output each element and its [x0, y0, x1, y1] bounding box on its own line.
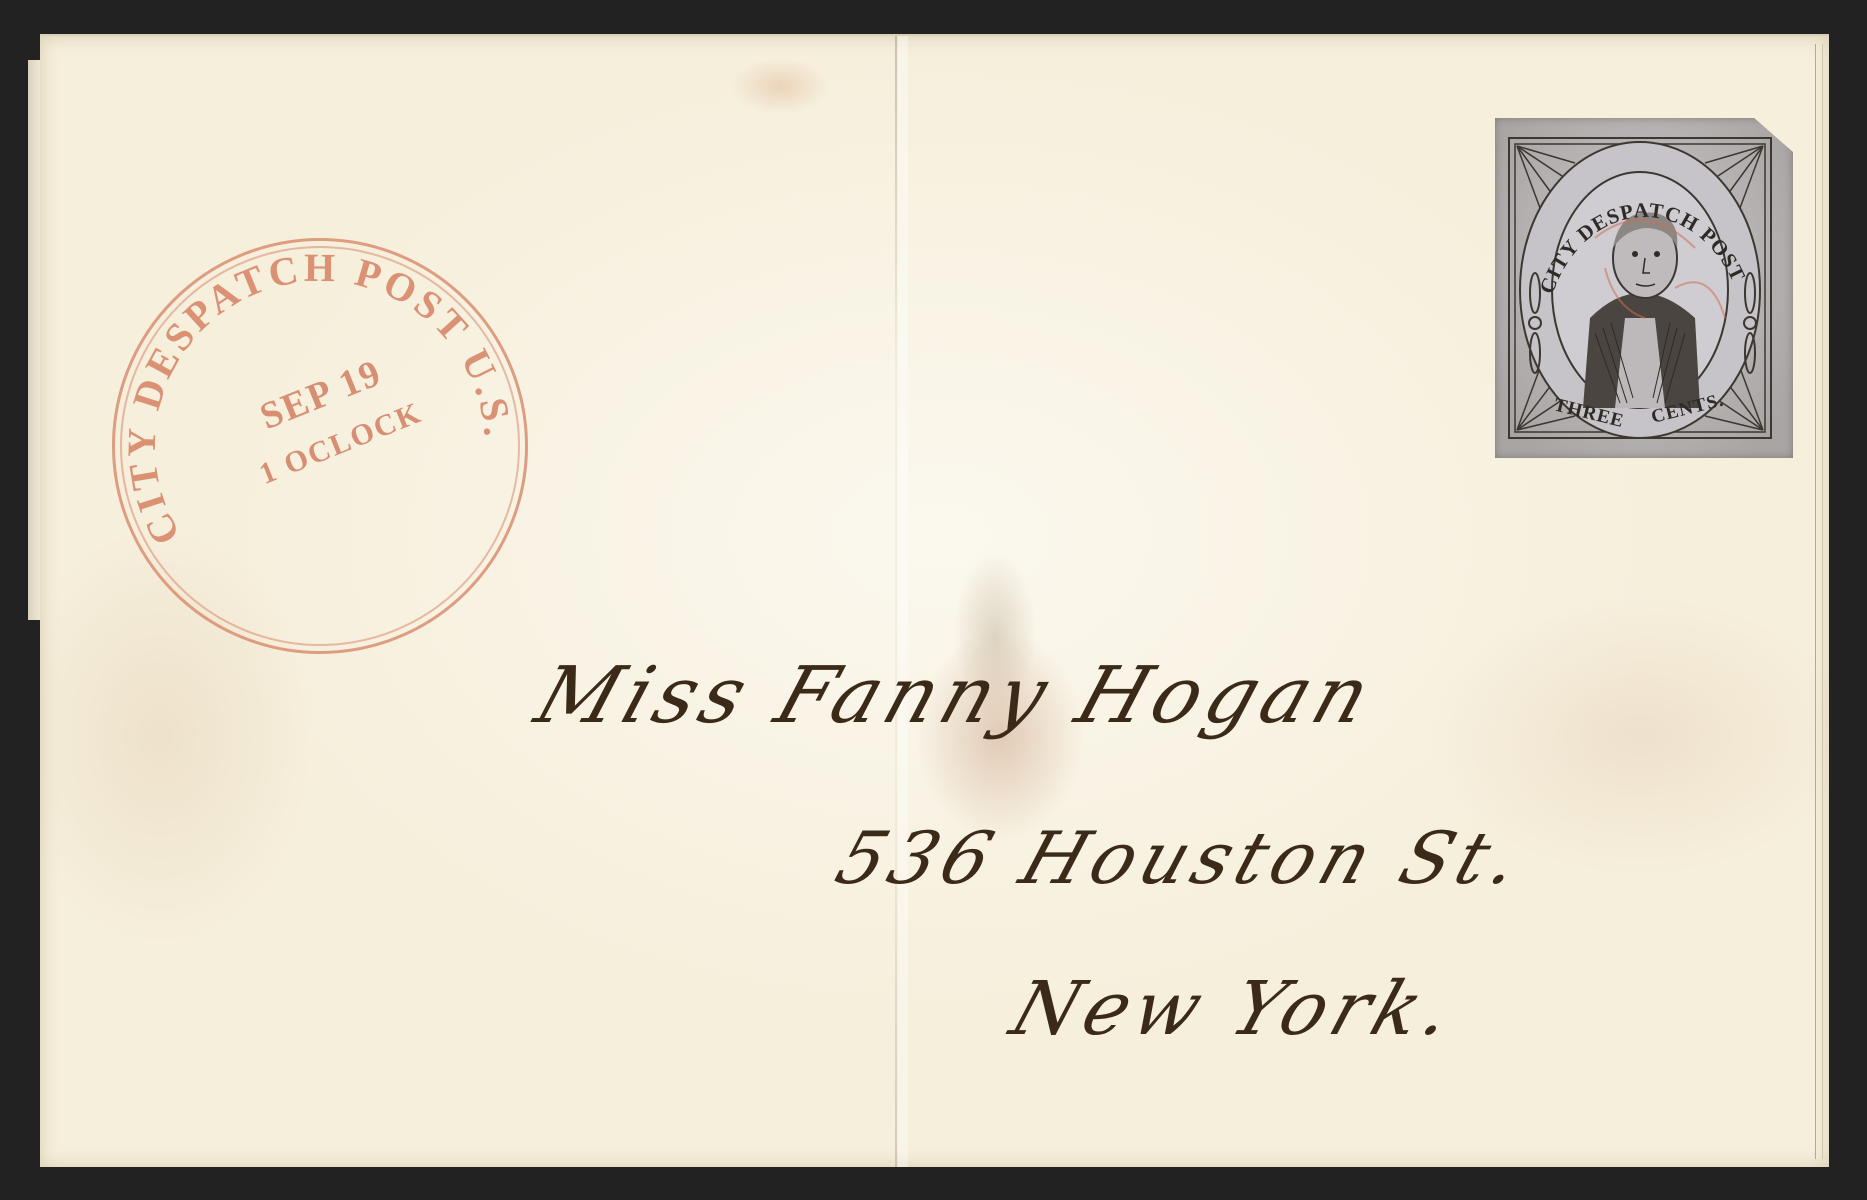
envelope-right-edge	[1815, 44, 1823, 1159]
postmark: CITY DESPATCH POST U.S. SEP 19 1 OCLOCK	[110, 236, 530, 656]
city: New York.	[1001, 966, 1469, 1052]
envelope: CITY DESPATCH POST U.S. SEP 19 1 OCLOCK	[40, 34, 1829, 1167]
street-address: 536 Houston St.	[826, 816, 1536, 900]
stamp-artwork: CITY DESPATCH POST THREE CENTS.	[1495, 118, 1793, 458]
recipient-name: Miss Fanny Hogan	[525, 651, 1386, 741]
center-fold-highlight	[898, 36, 908, 1167]
center-fold	[895, 36, 897, 1167]
postage-stamp: CITY DESPATCH POST THREE CENTS.	[1495, 118, 1793, 458]
